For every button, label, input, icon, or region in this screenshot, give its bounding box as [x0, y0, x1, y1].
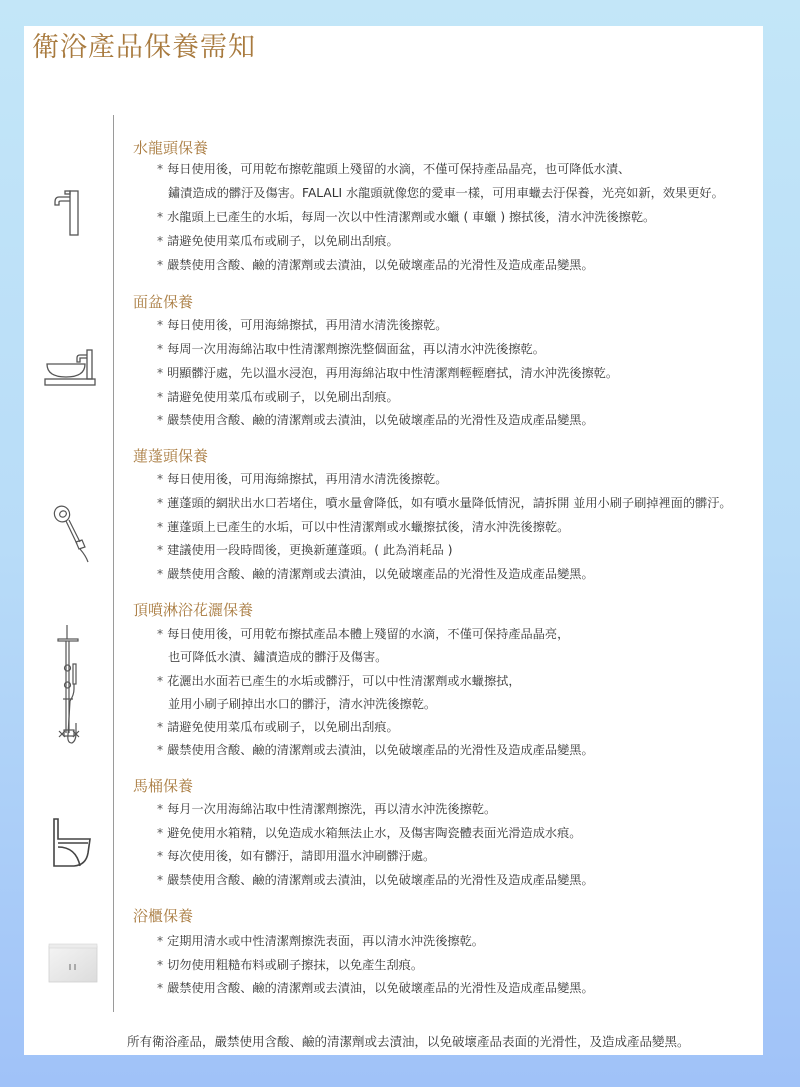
- cabinet-icon: [47, 942, 99, 984]
- footer-note: 所有衛浴產品，嚴禁使用含酸、鹼的清潔劑或去漬油，以免破壞產品表面的光滑性，及造成…: [127, 1033, 690, 1051]
- list-item: *花灑出水面若已產生的水垢或髒汙，可以中性清潔劑或水蠟擦拭，: [157, 672, 521, 690]
- basin-icon: [44, 346, 100, 388]
- list-item: *請避免使用菜瓜布或刷子，以免刷出刮痕。: [157, 718, 399, 736]
- section-title-toilet: 馬桶保養: [133, 776, 193, 796]
- list-item-continuation: 並用小刷子刷掉出水口的髒汙，清水沖洗後擦乾。: [168, 695, 436, 713]
- shower-column-icon: [56, 623, 86, 751]
- list-item-continuation: 鏽漬造成的髒汙及傷害。FALALI 水龍頭就像您的愛車一樣，可用車蠟去汙保養，光…: [168, 184, 724, 202]
- list-item: *定期用清水或中性清潔劑擦洗表面，再以清水沖洗後擦乾。: [157, 932, 484, 950]
- list-item: *避免使用水箱精，以免造成水箱無法止水，及傷害陶瓷體表面光滑造成水痕。: [157, 824, 581, 842]
- section-title-faucet: 水龍頭保養: [133, 138, 208, 158]
- section-title-cabinet: 浴櫃保養: [133, 906, 193, 926]
- section-title-basin: 面盆保養: [133, 292, 193, 312]
- section-title-hand-shower: 蓮蓬頭保養: [133, 446, 208, 466]
- list-item: *嚴禁使用含酸、鹼的清潔劑或去漬油，以免破壞產品的光滑性及造成產品變黑。: [157, 565, 594, 583]
- section-title-shower-column: 頂噴淋浴花灑保養: [133, 600, 253, 620]
- faucet-icon: [53, 188, 83, 238]
- list-item: *蓮蓬頭上已產生的水垢，可以中性清潔劑或水蠟擦拭後，清水沖洗後擦乾。: [157, 518, 569, 536]
- list-item: *每次使用後，如有髒汙，請即用溫水沖刷髒汙處。: [157, 847, 435, 865]
- list-item: *嚴禁使用含酸、鹼的清潔劑或去漬油，以免破壞產品的光滑性及造成產品變黑。: [157, 741, 594, 759]
- list-item-continuation: 也可降低水漬、鏽漬造成的髒汙及傷害。: [168, 648, 387, 666]
- list-item: *建議使用一段時間後，更換新蓮蓬頭。( 此為消耗品 ): [157, 541, 452, 559]
- list-item: *每周一次用海綿沾取中性清潔劑擦洗整個面盆，再以清水沖洗後擦乾。: [157, 340, 545, 358]
- divider-line: [113, 115, 114, 1012]
- list-item: *切勿使用粗糙布料或刷子擦抹，以免產生刮痕。: [157, 956, 423, 974]
- list-item: *請避免使用菜瓜布或刷子，以免刷出刮痕。: [157, 388, 399, 406]
- list-item: *嚴禁使用含酸、鹼的清潔劑或去漬油，以免破壞產品的光滑性及造成產品變黑。: [157, 256, 594, 274]
- page-title: 衛浴產品保養需知: [32, 28, 256, 68]
- list-item: *每月一次用海綿沾取中性清潔劑擦洗，再以清水沖洗後擦乾。: [157, 800, 496, 818]
- toilet-icon: [52, 817, 92, 869]
- list-item: *嚴禁使用含酸、鹼的清潔劑或去漬油，以免破壞產品的光滑性及造成產品變黑。: [157, 871, 594, 889]
- list-item: *每日使用後，可用乾布擦拭產品本體上殘留的水滴，不僅可保持產品晶亮，: [157, 625, 569, 643]
- list-item: *蓮蓬頭的網狀出水口若堵住，噴水量會降低，如有噴水量降低情況，請拆開 並用小刷子…: [157, 494, 732, 512]
- list-item: *請避免使用菜瓜布或刷子，以免刷出刮痕。: [157, 232, 399, 250]
- list-item: *嚴禁使用含酸、鹼的清潔劑或去漬油，以免破壞產品的光滑性及造成產品變黑。: [157, 411, 594, 429]
- list-item: *每日使用後，可用海綿擦拭，再用清水清洗後擦乾。: [157, 316, 447, 334]
- list-item: *嚴禁使用含酸、鹼的清潔劑或去漬油，以免破壞產品的光滑性及造成產品變黑。: [157, 979, 594, 997]
- list-item: *水龍頭上已產生的水垢，每周一次以中性清潔劑或水蠟 ( 車蠟 ) 擦拭後，清水沖…: [157, 208, 655, 226]
- hand-shower-icon: [52, 504, 92, 566]
- list-item: *每日使用後，可用海綿擦拭，再用清水清洗後擦乾。: [157, 470, 447, 488]
- list-item: *明顯髒汙處，先以溫水浸泡，再用海綿沾取中性清潔劑輕輕磨拭，清水沖洗後擦乾。: [157, 364, 618, 382]
- list-item: *每日使用後，可用乾布擦乾龍頭上殘留的水滴，不僅可保持產品晶亮，也可降低水漬、: [157, 160, 630, 178]
